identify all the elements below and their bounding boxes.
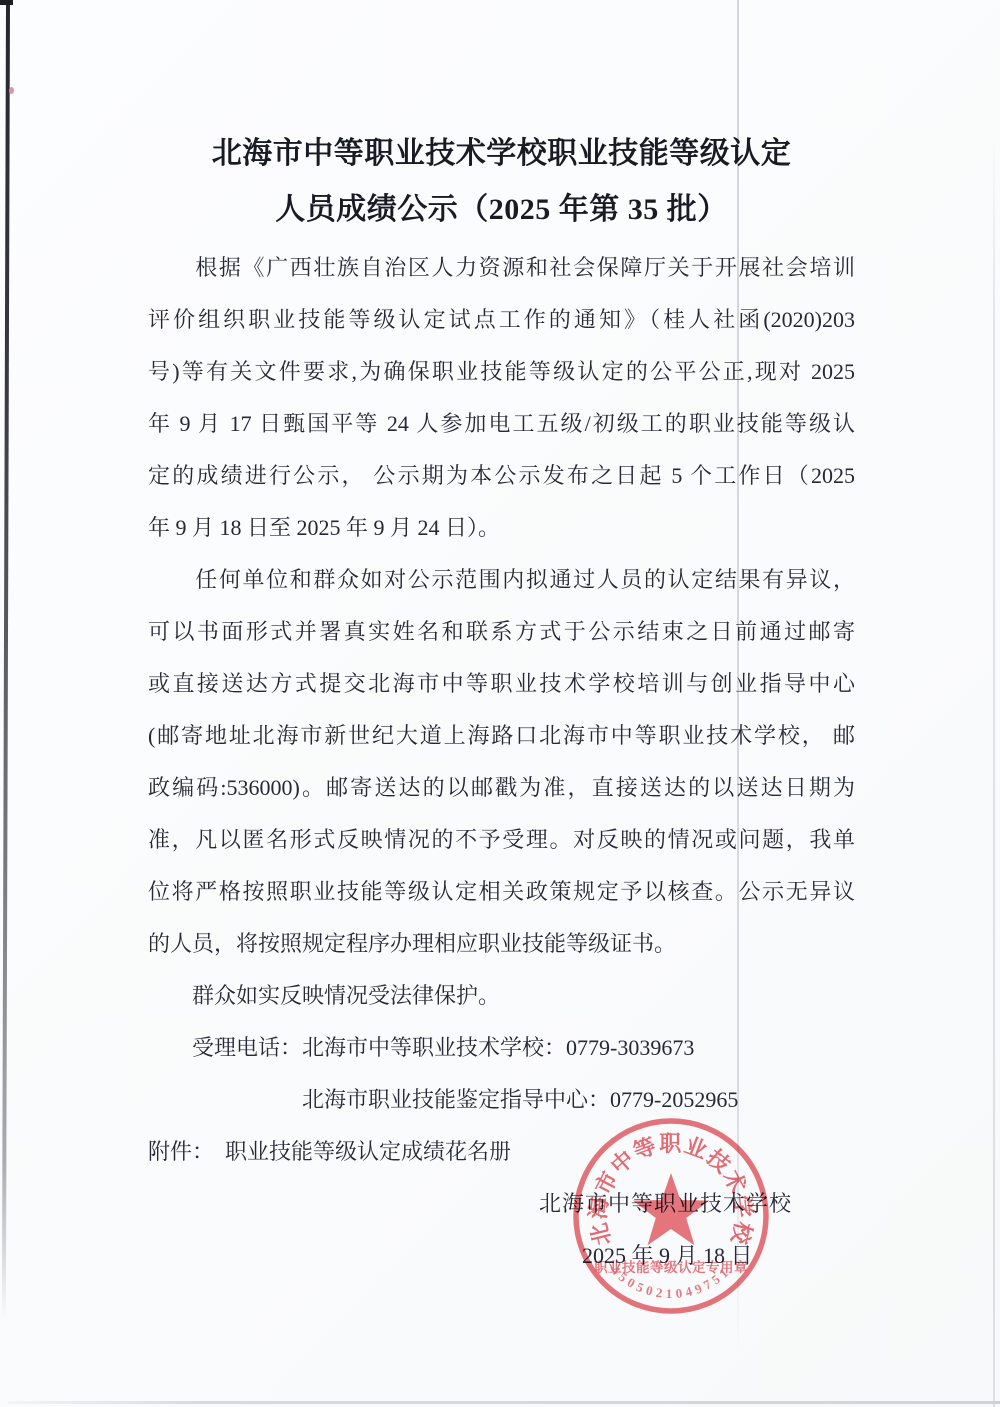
scan-corner-mark [0, 0, 13, 5]
body-line: 受理电话：北海市中等职业技术学校：0779-3039673 [148, 1022, 855, 1074]
body-line: 或直接送达方式提交北海市中等职业技术学校培训与创业指导中心 [148, 658, 855, 710]
body-line: 政编码:536000)。邮寄送达的以邮戳为准，直接送达的以送达日期为 [148, 762, 855, 814]
scan-red-speck [9, 87, 14, 94]
body-line: 年 9 月 17 日甄国平等 24 人参加电工五级/初级工的职业技能等级认 [148, 398, 855, 450]
title-line-1: 北海市中等职业技术学校职业技能等级认定 [148, 126, 855, 182]
body-line: 可以书面形式并署真实姓名和联系方式于公示结束之日前通过邮寄 [148, 606, 855, 658]
body-line: 准，凡以匿名形式反映情况的不予受理。对反映的情况或问题，我单 [148, 814, 855, 866]
body-line: 的人员，将按照规定程序办理相应职业技能等级证书。 [148, 918, 855, 970]
body-line: 群众如实反映情况受法律保护。 [148, 970, 855, 1022]
official-seal: 北海市中等职业技术学校 职业技能等级认定专用章 4505021049751 [556, 1101, 786, 1331]
body-line: 年 9 月 18 日至 2025 年 9 月 24 日）。 [148, 502, 855, 554]
scanned-notice-page: 北海市中等职业技术学校职业技能等级认定 人员成绩公示（2025 年第 35 批）… [0, 0, 1000, 1407]
seal-star-icon [633, 1173, 709, 1245]
paragraph: 任何单位和群众如对公示范围内拟通过人员的认定结果有异议，可以书面形式并署真实姓名… [148, 554, 855, 970]
paragraph: 受理电话：北海市中等职业技术学校：0779-3039673 [148, 1022, 855, 1074]
scan-bottom-edge-shadow [8, 1401, 1000, 1404]
body-line: (邮寄地址北海市新世纪大道上海路口北海市中等职业技术学校， 邮 [148, 710, 855, 762]
paragraph: 根据《广西壮族自治区人力资源和社会保障厅关于开展社会培训评价组织职业技能等级认定… [148, 242, 855, 554]
body-line: 根据《广西壮族自治区人力资源和社会保障厅关于开展社会培训 [148, 242, 855, 294]
body-line: 评价组织职业技能等级认定试点工作的通知》（桂人社函(2020)203 [148, 294, 855, 346]
body-line: 任何单位和群众如对公示范围内拟通过人员的认定结果有异议， [148, 554, 855, 606]
document-body: 根据《广西壮族自治区人力资源和社会保障厅关于开展社会培训评价组织职业技能等级认定… [148, 242, 855, 1178]
document-title: 北海市中等职业技术学校职业技能等级认定 人员成绩公示（2025 年第 35 批） [148, 126, 855, 238]
body-line: 位将严格按照职业技能等级认定相关政策规定予以核查。公示无异议 [148, 866, 855, 918]
paragraph: 群众如实反映情况受法律保护。 [148, 970, 855, 1022]
scan-right-edge-shadow [993, 130, 995, 1407]
body-line: 定的成绩进行公示， 公示期为本公示发布之日起 5 个工作日（2025 [148, 450, 855, 502]
body-line: 号)等有关文件要求,为确保职业技能等级认定的公平公正,现对 2025 [148, 346, 855, 398]
scan-left-edge-shadow [2, 0, 10, 1320]
title-line-2: 人员成绩公示（2025 年第 35 批） [148, 182, 855, 238]
